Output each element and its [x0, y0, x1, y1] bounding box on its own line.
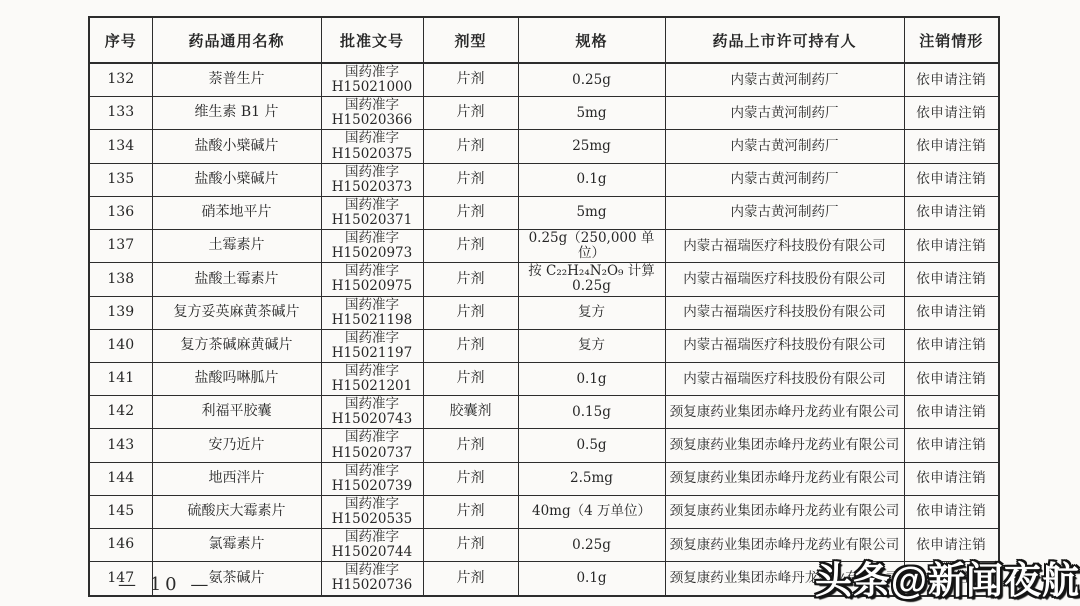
column-header: 序号: [89, 17, 152, 63]
table-row: 139复方妥英麻黄茶碱片国药准字 H15021198片剂复方内蒙古福瑞医疗科技股…: [89, 296, 999, 329]
cell-holder: 内蒙古黄河制药厂: [665, 130, 904, 163]
column-header: 剂型: [423, 17, 518, 63]
cell-no: 134: [89, 130, 152, 163]
table-row: 135盐酸小檗碱片国药准字 H15020373片剂0.1g内蒙古黄河制药厂依申请…: [89, 163, 999, 196]
page-number: — 10 —: [118, 574, 212, 595]
cell-spec: 按 C₂₂H₂₄N₂O₉ 计算 0.25g: [518, 263, 665, 296]
cell-approval: 国药准字 H15020973: [321, 230, 423, 263]
cell-no: 146: [89, 529, 152, 562]
cell-approval: 国药准字 H15020373: [321, 163, 423, 196]
cell-holder: 内蒙古黄河制药厂: [665, 97, 904, 130]
cell-status: 依申请注销: [904, 263, 999, 296]
cell-form: 片剂: [423, 495, 518, 528]
cell-form: 片剂: [423, 230, 518, 263]
cell-holder: 内蒙古黄河制药厂: [665, 163, 904, 196]
cell-holder: 内蒙古福瑞医疗科技股份有限公司: [665, 230, 904, 263]
table-row: 145硫酸庆大霉素片国药准字 H15020535片剂40mg（4 万单位）颈复康…: [89, 495, 999, 528]
cell-holder: 内蒙古福瑞医疗科技股份有限公司: [665, 296, 904, 329]
cell-approval: 国药准字 H15020744: [321, 529, 423, 562]
cell-form: 片剂: [423, 63, 518, 97]
cell-spec: 2.5mg: [518, 462, 665, 495]
cell-spec: 5mg: [518, 196, 665, 229]
cell-status: 依申请注销: [904, 462, 999, 495]
cell-holder: 内蒙古黄河制药厂: [665, 63, 904, 97]
cell-name: 盐酸小檗碱片: [152, 130, 321, 163]
column-header: 规格: [518, 17, 665, 63]
cell-status: 依申请注销: [904, 396, 999, 429]
column-header: 注销情形: [904, 17, 999, 63]
cell-holder: 颈复康药业集团赤峰丹龙药业有限公司: [665, 429, 904, 462]
cell-spec: 25mg: [518, 130, 665, 163]
cell-status: 依申请注销: [904, 362, 999, 395]
cell-spec: 40mg（4 万单位）: [518, 495, 665, 528]
cell-spec: 5mg: [518, 97, 665, 130]
cell-approval: 国药准字 H15020535: [321, 495, 423, 528]
cell-status: 依申请注销: [904, 63, 999, 97]
cell-no: 138: [89, 263, 152, 296]
cell-name: 维生素 B1 片: [152, 97, 321, 130]
table-row: 141盐酸吗啉胍片国药准字 H15021201片剂0.1g内蒙古福瑞医疗科技股份…: [89, 362, 999, 395]
cell-name: 地西泮片: [152, 462, 321, 495]
cell-spec: 0.25g（250,000 单位）: [518, 230, 665, 263]
table-header-row: 序号药品通用名称批准文号剂型规格药品上市许可持有人注销情形: [89, 17, 999, 63]
table-row: 142利福平胶囊国药准字 H15020743胶囊剂0.15g颈复康药业集团赤峰丹…: [89, 396, 999, 429]
column-header: 药品通用名称: [152, 17, 321, 63]
cell-form: 片剂: [423, 529, 518, 562]
cell-status: 依申请注销: [904, 97, 999, 130]
cell-form: 片剂: [423, 429, 518, 462]
cell-spec: 0.5g: [518, 429, 665, 462]
table-row: 140复方茶碱麻黄碱片国药准字 H15021197片剂复方内蒙古福瑞医疗科技股份…: [89, 329, 999, 362]
table-row: 138盐酸土霉素片国药准字 H15020975片剂按 C₂₂H₂₄N₂O₉ 计算…: [89, 263, 999, 296]
news-watermark: 头条@新闻夜航: [815, 550, 1080, 604]
cell-no: 136: [89, 196, 152, 229]
cell-approval: 国药准字 H15020371: [321, 196, 423, 229]
cell-approval: 国药准字 H15020975: [321, 263, 423, 296]
cell-no: 144: [89, 462, 152, 495]
cell-status: 依申请注销: [904, 196, 999, 229]
cell-spec: 0.1g: [518, 163, 665, 196]
cell-status: 依申请注销: [904, 495, 999, 528]
cell-status: 依申请注销: [904, 296, 999, 329]
table-row: 143安乃近片国药准字 H15020737片剂0.5g颈复康药业集团赤峰丹龙药业…: [89, 429, 999, 462]
cell-holder: 颈复康药业集团赤峰丹龙药业有限公司: [665, 495, 904, 528]
cell-form: 片剂: [423, 296, 518, 329]
cell-name: 安乃近片: [152, 429, 321, 462]
cell-spec: 0.1g: [518, 562, 665, 596]
cell-no: 135: [89, 163, 152, 196]
table-row: 134盐酸小檗碱片国药准字 H15020375片剂25mg内蒙古黄河制药厂依申请…: [89, 130, 999, 163]
cell-approval: 国药准字 H15020375: [321, 130, 423, 163]
cell-form: 片剂: [423, 462, 518, 495]
cell-name: 复方妥英麻黄茶碱片: [152, 296, 321, 329]
cell-approval: 国药准字 H15021000: [321, 63, 423, 97]
cell-holder: 内蒙古福瑞医疗科技股份有限公司: [665, 263, 904, 296]
table-row: 136硝苯地平片国药准字 H15020371片剂5mg内蒙古黄河制药厂依申请注销: [89, 196, 999, 229]
cell-no: 142: [89, 396, 152, 429]
cell-no: 143: [89, 429, 152, 462]
cell-form: 片剂: [423, 130, 518, 163]
table-row: 133维生素 B1 片国药准字 H15020366片剂5mg内蒙古黄河制药厂依申…: [89, 97, 999, 130]
cell-approval: 国药准字 H15021198: [321, 296, 423, 329]
cell-status: 依申请注销: [904, 130, 999, 163]
cell-name: 盐酸小檗碱片: [152, 163, 321, 196]
table-row: 144地西泮片国药准字 H15020739片剂2.5mg颈复康药业集团赤峰丹龙药…: [89, 462, 999, 495]
cell-holder: 颈复康药业集团赤峰丹龙药业有限公司: [665, 462, 904, 495]
cell-approval: 国药准字 H15021201: [321, 362, 423, 395]
cell-no: 145: [89, 495, 152, 528]
cell-approval: 国药准字 H15020366: [321, 97, 423, 130]
cell-form: 片剂: [423, 562, 518, 596]
column-header: 批准文号: [321, 17, 423, 63]
column-header: 药品上市许可持有人: [665, 17, 904, 63]
cell-form: 片剂: [423, 196, 518, 229]
cell-status: 依申请注销: [904, 163, 999, 196]
cell-no: 140: [89, 329, 152, 362]
cell-spec: 0.25g: [518, 529, 665, 562]
cell-form: 片剂: [423, 163, 518, 196]
cell-form: 片剂: [423, 263, 518, 296]
cell-approval: 国药准字 H15020736: [321, 562, 423, 596]
cell-form: 片剂: [423, 329, 518, 362]
cell-holder: 内蒙古黄河制药厂: [665, 196, 904, 229]
cell-spec: 复方: [518, 296, 665, 329]
cell-no: 132: [89, 63, 152, 97]
cell-approval: 国药准字 H15021197: [321, 329, 423, 362]
cell-no: 133: [89, 97, 152, 130]
cell-name: 复方茶碱麻黄碱片: [152, 329, 321, 362]
cell-approval: 国药准字 H15020739: [321, 462, 423, 495]
cell-name: 氯霉素片: [152, 529, 321, 562]
cell-no: 141: [89, 362, 152, 395]
cell-name: 萘普生片: [152, 63, 321, 97]
cell-spec: 0.25g: [518, 63, 665, 97]
cell-form: 片剂: [423, 362, 518, 395]
cell-spec: 0.15g: [518, 396, 665, 429]
cell-form: 片剂: [423, 97, 518, 130]
cell-name: 利福平胶囊: [152, 396, 321, 429]
cell-status: 依申请注销: [904, 230, 999, 263]
cell-name: 盐酸土霉素片: [152, 263, 321, 296]
cell-approval: 国药准字 H15020743: [321, 396, 423, 429]
drug-cancellation-table: 序号药品通用名称批准文号剂型规格药品上市许可持有人注销情形 132萘普生片国药准…: [88, 16, 1000, 597]
cell-name: 硝苯地平片: [152, 196, 321, 229]
cell-no: 139: [89, 296, 152, 329]
cell-holder: 内蒙古福瑞医疗科技股份有限公司: [665, 362, 904, 395]
cell-holder: 颈复康药业集团赤峰丹龙药业有限公司: [665, 396, 904, 429]
table-row: 132萘普生片国药准字 H15021000片剂0.25g内蒙古黄河制药厂依申请注…: [89, 63, 999, 97]
cell-spec: 0.1g: [518, 362, 665, 395]
cell-name: 硫酸庆大霉素片: [152, 495, 321, 528]
cell-name: 盐酸吗啉胍片: [152, 362, 321, 395]
cell-status: 依申请注销: [904, 429, 999, 462]
cell-spec: 复方: [518, 329, 665, 362]
cell-name: 土霉素片: [152, 230, 321, 263]
cell-no: 137: [89, 230, 152, 263]
cell-holder: 内蒙古福瑞医疗科技股份有限公司: [665, 329, 904, 362]
cell-status: 依申请注销: [904, 329, 999, 362]
cell-form: 胶囊剂: [423, 396, 518, 429]
table-row: 137土霉素片国药准字 H15020973片剂0.25g（250,000 单位）…: [89, 230, 999, 263]
cell-approval: 国药准字 H15020737: [321, 429, 423, 462]
